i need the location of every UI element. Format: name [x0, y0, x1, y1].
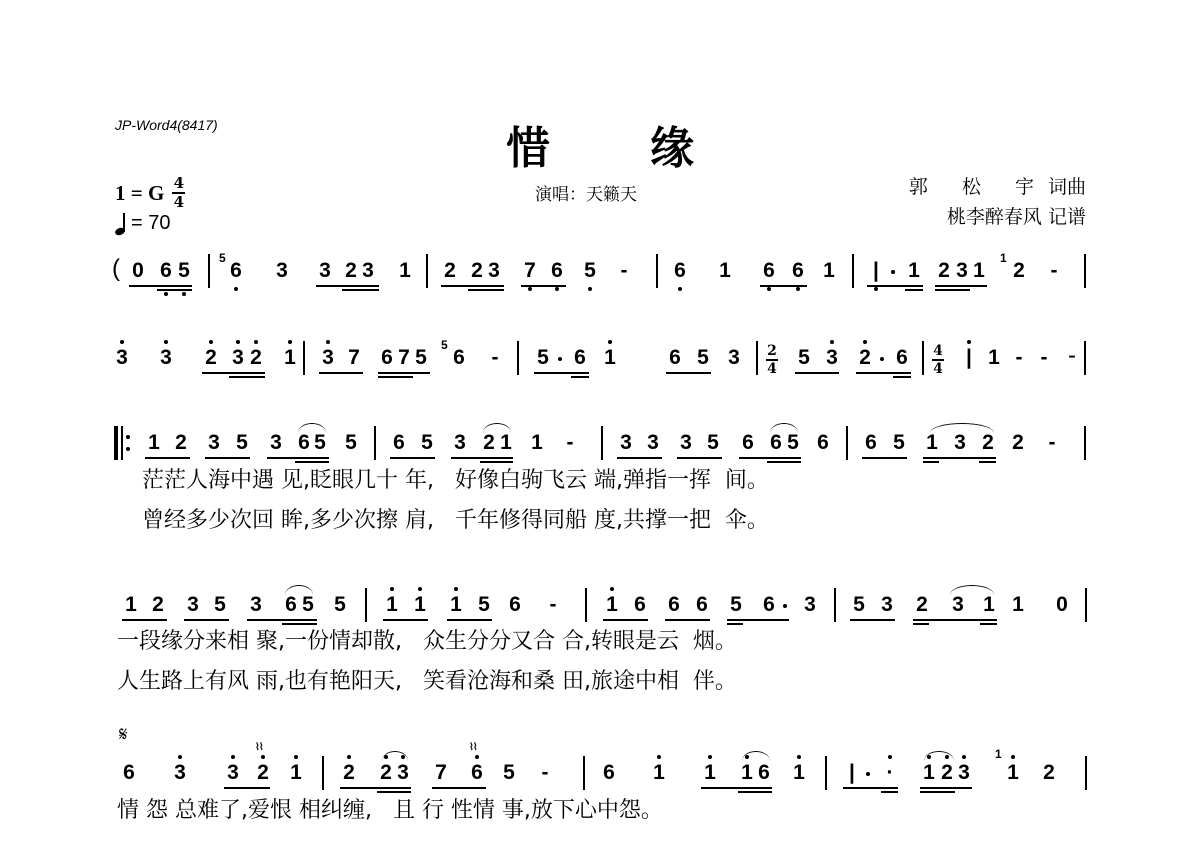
- note: 6: [668, 345, 682, 371]
- note: 6: [470, 760, 484, 786]
- note: 3: [321, 345, 335, 371]
- note: 6: [791, 258, 805, 284]
- slur: [742, 751, 770, 761]
- lyrics-verse-1: 一段缘分来相 聚,一份情却散, 众生分分又合 合,转眼是云 烟。: [117, 628, 737, 656]
- slur: [483, 423, 511, 433]
- note: 3: [803, 592, 817, 618]
- dash: -: [1047, 258, 1061, 284]
- dash: -: [546, 592, 560, 618]
- note: 7: [397, 345, 411, 371]
- note: 3: [646, 430, 660, 456]
- augmentation-dot: [866, 772, 870, 776]
- note: 5: [235, 430, 249, 456]
- note: 1: [289, 760, 303, 786]
- note: 6: [762, 592, 776, 618]
- note: 3: [953, 430, 967, 456]
- note: 6: [695, 592, 709, 618]
- dash: -: [1037, 345, 1051, 371]
- note: 1: [603, 345, 617, 371]
- grace-note: 1: [995, 748, 1002, 760]
- note: 6: [122, 760, 136, 786]
- note: 3: [361, 258, 375, 284]
- note: 3: [880, 592, 894, 618]
- note: 1: [124, 592, 138, 618]
- note: 5: [414, 345, 428, 371]
- composer-role: 词曲: [1048, 176, 1086, 198]
- note: 6: [380, 345, 394, 371]
- note: 6: [284, 592, 298, 618]
- dash: -: [617, 258, 631, 284]
- note: 0: [1055, 592, 1069, 618]
- score-line-3: 1 2 3 5 3 6 5 5 6 5 3 2 1 1 - 3 3 3 5 6 …: [0, 430, 1200, 470]
- note: 3: [115, 345, 129, 371]
- note: 2: [981, 430, 995, 456]
- lyrics-verse-2: 人生路上有风 雨,也有艳阳天, 笑看沧海和桑 田,旅途中相 伴。: [117, 668, 737, 696]
- augmentation-dot: [558, 357, 562, 361]
- note: 1: [922, 760, 936, 786]
- mordent-icon: ⌇⌇: [255, 742, 263, 753]
- time-signature-bottom: 4: [174, 195, 184, 210]
- note: 5: [313, 430, 327, 456]
- note: 3: [825, 345, 839, 371]
- credits: 郭 松 宇词曲 桃李醉春风 记谱: [909, 172, 1086, 232]
- slur: [298, 423, 326, 433]
- time-signature: 4 4: [172, 176, 185, 210]
- note: 1: [147, 430, 161, 456]
- note: 2: [858, 345, 872, 371]
- song-title: 惜缘: [0, 112, 1200, 176]
- note: 5: [333, 592, 347, 618]
- note: 3: [249, 592, 263, 618]
- dash: -: [1012, 345, 1026, 371]
- note: 3: [453, 430, 467, 456]
- note: 2: [1012, 258, 1026, 284]
- dash: 1: [987, 345, 1001, 371]
- note: 1: [499, 430, 513, 456]
- note: 7: [347, 345, 361, 371]
- note: 2: [342, 760, 356, 786]
- note: 6: [392, 430, 406, 456]
- quarter-note-icon: [115, 213, 126, 235]
- slur: [382, 751, 408, 761]
- note: 5: [583, 258, 597, 284]
- open-paren: (: [112, 256, 120, 282]
- note: 2: [151, 592, 165, 618]
- note: 7: [523, 258, 537, 284]
- note: 2: [937, 258, 951, 284]
- note: 6: [550, 258, 564, 284]
- note: 3: [318, 258, 332, 284]
- dash: -: [538, 760, 552, 786]
- note: 5: [892, 430, 906, 456]
- key-label: 1 = G: [115, 181, 164, 206]
- note: 5: [797, 345, 811, 371]
- note: 6: [895, 345, 909, 371]
- time-signature-bottom: 4: [933, 362, 943, 376]
- note: 5: [502, 760, 516, 786]
- note: 1: [718, 258, 732, 284]
- lyrics-verse-2: 曾经多少次回 眸,多少次擦 肩, 千年修得同船 度,共撑一把 伞。: [142, 507, 769, 535]
- note: 5: [536, 345, 550, 371]
- note: 3: [231, 345, 245, 371]
- note: 2: [249, 345, 263, 371]
- grace-note: 5: [219, 252, 226, 264]
- note: 2: [204, 345, 218, 371]
- note: 1: [530, 430, 544, 456]
- transcriber-name: 桃李醉春风: [947, 206, 1042, 228]
- note: 1: [703, 760, 717, 786]
- note: 3: [679, 430, 693, 456]
- note: 2: [940, 760, 954, 786]
- note: 1: [385, 592, 399, 618]
- note: 3: [955, 258, 969, 284]
- transcriber-role: 记谱: [1048, 206, 1086, 228]
- slur: [930, 423, 994, 433]
- note: 3: [275, 258, 289, 284]
- note: 5: [706, 430, 720, 456]
- note: |: [869, 258, 883, 284]
- note: 6: [297, 430, 311, 456]
- note: 6: [573, 345, 587, 371]
- note: 1: [449, 592, 463, 618]
- note: 5: [729, 592, 743, 618]
- title-char-2: 缘: [650, 112, 694, 176]
- note: 3: [951, 592, 965, 618]
- title-char-1: 惜: [506, 112, 550, 176]
- lyrics-verse-1: 茫茫人海中遇 见,眨眼几十 年, 好像白驹飞云 端,弹指一挥 间。: [142, 467, 769, 495]
- note: 2: [1011, 430, 1025, 456]
- dash: -: [563, 430, 577, 456]
- score-line-2: 3 3 2 3 2 1 3 7 6 7 5 5 6 - 5 6 1 6 5 3 …: [0, 345, 1200, 385]
- singer-credit: 演唱：天籁天: [535, 180, 637, 205]
- note: 5: [177, 258, 191, 284]
- score-line-4: 1 2 3 5 3 6 5 5 1 1 1 5 6 - 1 6 6 6 5 6 …: [0, 592, 1200, 632]
- dash: -: [1045, 430, 1059, 456]
- note: 3: [727, 345, 741, 371]
- note: 1: [982, 592, 996, 618]
- note: 5: [786, 430, 800, 456]
- time-signature-bottom: 4: [767, 362, 777, 376]
- time-signature-top: 4: [174, 176, 184, 191]
- note: 3: [396, 760, 410, 786]
- note: 7: [434, 760, 448, 786]
- note: 1: [652, 760, 666, 786]
- dash: -: [488, 345, 502, 371]
- augmentation-dot: [783, 604, 787, 608]
- note: 1: [413, 592, 427, 618]
- note: 1: [1011, 592, 1025, 618]
- note: 1: [792, 760, 806, 786]
- note: 0: [131, 258, 145, 284]
- slur: [924, 751, 954, 761]
- note: 2: [256, 760, 270, 786]
- score-line-1: ( 0 6 5 5 6 3 3 2 3 1 2 2 3 7 6 5 - 6 1 …: [0, 258, 1200, 298]
- note: 6: [602, 760, 616, 786]
- note: ·: [883, 760, 897, 786]
- note: 2: [379, 760, 393, 786]
- note: 3: [159, 345, 173, 371]
- time-signature-top: 4: [933, 344, 943, 358]
- note: 6: [229, 258, 243, 284]
- tempo-marking: = 70: [115, 212, 170, 235]
- mordent-icon: ⌇⌇: [469, 742, 477, 753]
- note: 3: [957, 760, 971, 786]
- note: 1: [822, 258, 836, 284]
- note: |: [845, 760, 859, 786]
- note: 2: [443, 258, 457, 284]
- note: 2: [174, 430, 188, 456]
- note: 6: [762, 258, 776, 284]
- note: 2: [344, 258, 358, 284]
- note: 2: [470, 258, 484, 284]
- note: 1: [925, 430, 939, 456]
- note: 6: [816, 430, 830, 456]
- note: 6: [864, 430, 878, 456]
- note: 5: [301, 592, 315, 618]
- augmentation-dot: [891, 270, 895, 274]
- note: 6: [673, 258, 687, 284]
- note: 5: [213, 592, 227, 618]
- key-signature: 1 = G 4 4: [115, 176, 185, 210]
- slur: [285, 585, 313, 595]
- note: 3: [207, 430, 221, 456]
- note: 6: [667, 592, 681, 618]
- note: 1: [907, 258, 921, 284]
- note: 3: [173, 760, 187, 786]
- note: 6: [508, 592, 522, 618]
- score-line-5: 6 3 3 ⌇⌇ 2 1 2 2 3 7 ⌇⌇ 6 5 - 6 1 1 1 6 …: [0, 760, 1200, 800]
- note: 6: [769, 430, 783, 456]
- grace-note: 1: [1000, 252, 1007, 264]
- note: |: [962, 345, 976, 371]
- segno-sign: 𝄋: [119, 722, 128, 746]
- note: 1: [972, 258, 986, 284]
- note: 6: [757, 760, 771, 786]
- slur: [770, 423, 798, 433]
- note: 2: [482, 430, 496, 456]
- note: 1: [398, 258, 412, 284]
- time-signature-top: 2: [767, 344, 777, 358]
- note: 2: [915, 592, 929, 618]
- slur: [950, 585, 994, 595]
- dash: 2: [1042, 760, 1056, 786]
- note: 1: [740, 760, 754, 786]
- note: 6: [741, 430, 755, 456]
- composer-name: 郭 松 宇: [909, 176, 1048, 198]
- augmentation-dot: [880, 357, 884, 361]
- grace-note: 5: [441, 339, 448, 351]
- note: 6: [633, 592, 647, 618]
- note: 3: [269, 430, 283, 456]
- tempo-value: = 70: [131, 212, 170, 235]
- note: 3: [226, 760, 240, 786]
- note: 1: [1006, 760, 1020, 786]
- note: 3: [619, 430, 633, 456]
- note: 5: [344, 430, 358, 456]
- time-signature-change: 24: [766, 344, 778, 376]
- note: 6: [159, 258, 173, 284]
- note: 5: [477, 592, 491, 618]
- note: 1: [605, 592, 619, 618]
- note: 3: [487, 258, 501, 284]
- lyrics-verse-1: 情 怨 总难了,爱恨 相纠缠, 且 行 性情 事,放下心中怨。: [117, 797, 663, 825]
- note: 5: [420, 430, 434, 456]
- note: 3: [186, 592, 200, 618]
- close-paren: -: [1068, 343, 1076, 369]
- note: 1: [283, 345, 297, 371]
- note: 5: [852, 592, 866, 618]
- time-signature-change: 44: [932, 344, 944, 376]
- note: 6: [452, 345, 466, 371]
- note: 5: [696, 345, 710, 371]
